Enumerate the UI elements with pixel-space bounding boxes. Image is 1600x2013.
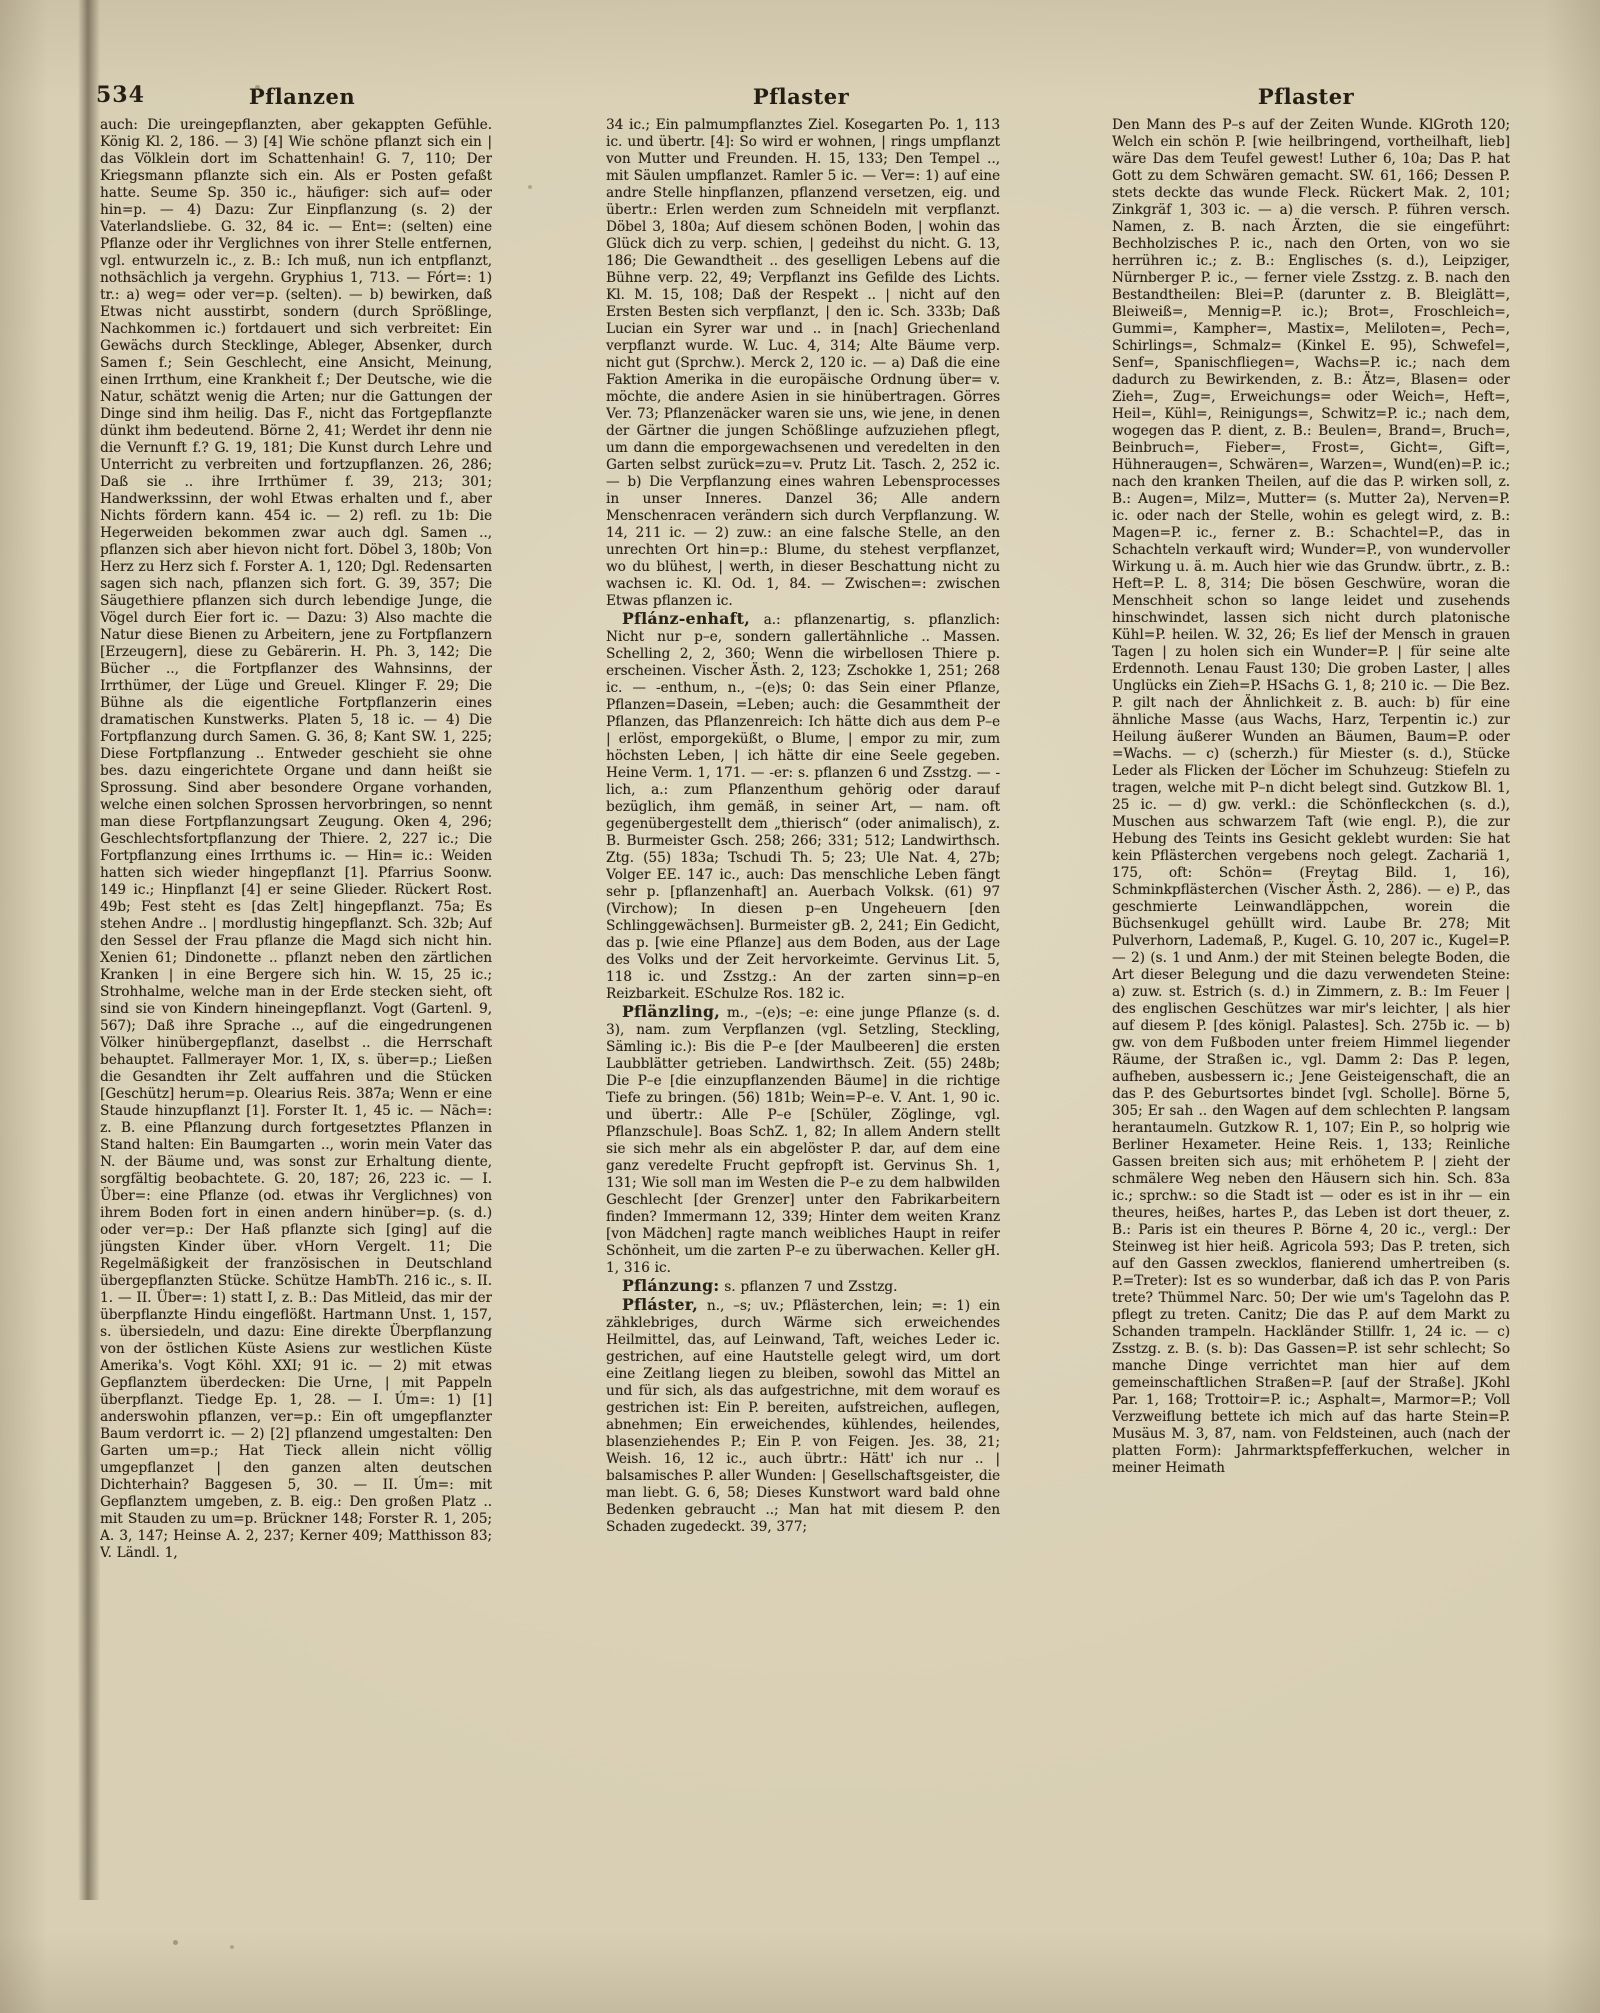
entry-headword: Pfláster, <box>622 1295 698 1314</box>
dictionary-entry-pflaenzling: Pflänzling, m., –(e)s; –e: eine junge Pf… <box>606 1003 1000 1277</box>
dictionary-entry-pflanzung: Pflánzung: s. pflanzen 7 und Zsstzg. <box>606 1277 1000 1296</box>
entry-headword: Pflánz-enhaft, <box>622 609 750 628</box>
entry-text: auch: Die ureingepflanzten, aber gekappt… <box>100 117 492 1561</box>
dictionary-entry-pflaster: Pfláster, n., –s; uv.; Pflästerchen, lei… <box>606 1296 1000 1536</box>
entry-text: a.: pflanzenartig, s. pflanzlich: Nicht … <box>606 612 1000 1002</box>
paper-speck <box>528 185 532 189</box>
dictionary-paragraph-pflanzen-continuation: auch: Die ureingepflanzten, aber gekappt… <box>100 115 492 1562</box>
entry-headword: Pflánzung: <box>622 1276 719 1295</box>
entry-text: n., –s; uv.; Pflästerchen, lein; =: 1) e… <box>606 1298 1000 1535</box>
page-number: 534 <box>96 82 145 108</box>
text-column-3: Den Mann des P–s auf der Zeiten Wunde. K… <box>1112 115 1510 1887</box>
entry-text: Den Mann des P–s auf der Zeiten Wunde. K… <box>1112 117 1510 1476</box>
paper-speck <box>173 1940 178 1945</box>
dictionary-paragraph-pflaster-continuation: Den Mann des P–s auf der Zeiten Wunde. K… <box>1112 115 1510 1477</box>
paper-speck <box>230 1945 234 1949</box>
running-head-column-2: Pflaster <box>753 84 849 109</box>
dictionary-entry-pflanzenhaft: Pflánz-enhaft, a.: pflanzenartig, s. pfl… <box>606 610 1000 1003</box>
entry-text: m., –(e)s; –e: eine junge Pflanze (s. d.… <box>606 1005 1000 1276</box>
text-column-2: 34 ic.; Ein palmumpflanztes Ziel. Kosega… <box>606 115 1000 1887</box>
entry-text: 34 ic.; Ein palmumpflanztes Ziel. Kosega… <box>606 117 1000 609</box>
running-head-column-3: Pflaster <box>1258 84 1354 109</box>
dictionary-paragraph-umpflanzen-verpflanzen: 34 ic.; Ein palmumpflanztes Ziel. Kosega… <box>606 115 1000 610</box>
entry-text: s. pflanzen 7 und Zsstzg. <box>719 1279 897 1295</box>
page-gutter-shadow <box>78 0 100 1900</box>
entry-headword: Pflänzling, <box>622 1002 720 1021</box>
running-head-column-1: Pflanzen <box>249 84 355 109</box>
text-column-1: auch: Die ureingepflanzten, aber gekappt… <box>100 115 492 1887</box>
